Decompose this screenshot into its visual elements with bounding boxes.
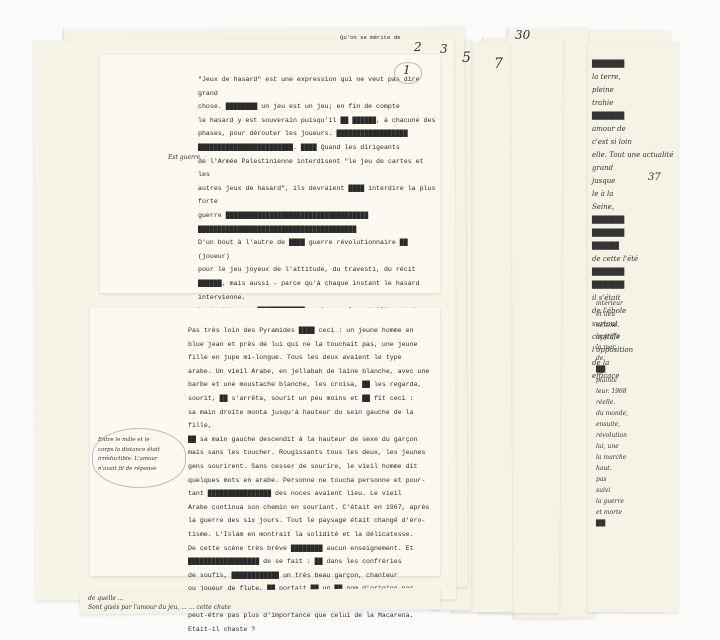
page-number-30: 30: [515, 28, 530, 42]
top-strip-text: Qu'on se mérite de: [340, 31, 400, 45]
page-tab-2: 2: [414, 40, 422, 54]
page-tab-5: 5: [462, 50, 471, 66]
page-tab-7: 7: [494, 56, 503, 72]
bottom-strip-note: de quelle ... Sont gisés par l'amour du …: [88, 594, 231, 612]
page-number-37: 37: [648, 172, 661, 183]
page-number-1: 1: [403, 63, 411, 77]
margin-note-text: Entre le mâle et le corps la distance ét…: [98, 436, 160, 474]
page-tab-3: 3: [440, 42, 448, 56]
left-margin-note: Est guerre: [168, 154, 200, 161]
handwritten-column-lower: intérieur et lieu nettoie. la griffe la …: [596, 298, 628, 529]
